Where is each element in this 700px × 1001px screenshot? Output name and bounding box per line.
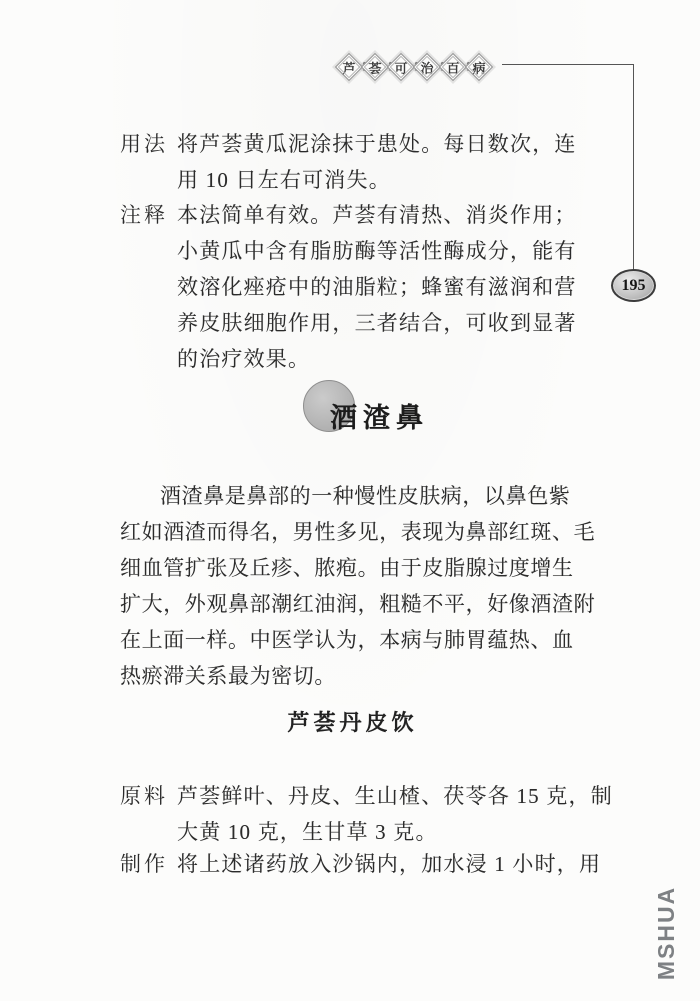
running-head-char: 可 (392, 58, 410, 76)
intro-line: 细血管扩张及丘疹、脓疱。由于皮脂腺过度增生 (120, 550, 592, 586)
page-number-line (633, 64, 634, 270)
note-section: 注释 本法简单有效。芦荟有清热、消炎作用； 小黄瓜中含有脂肪酶等活性酶成分，能有… (120, 197, 592, 377)
usage-section: 用法 将芦荟黄瓜泥涂抹于患处。每日数次，连 用 10 日左右可消失。 (120, 126, 592, 198)
note-label: 注释 (120, 197, 168, 233)
ingredients-line: 芦荟鲜叶、丹皮、生山楂、茯苓各 15 克，制 (177, 778, 592, 814)
note-line: 小黄瓜中含有脂肪酶等活性酶成分，能有 (177, 233, 592, 269)
usage-label: 用法 (120, 126, 168, 162)
preparation-label: 制作 (120, 846, 168, 882)
running-head-char: 芦 (340, 58, 358, 76)
running-head: 芦 荟 可 治 百 病 (339, 53, 499, 81)
intro-line: 红如酒渣而得名，男性多见，表现为鼻部红斑、毛 (120, 514, 592, 550)
diamond-ornament: 治 (413, 53, 441, 81)
running-head-char: 治 (418, 58, 436, 76)
ingredients-section: 原料 芦荟鲜叶、丹皮、生山楂、茯苓各 15 克，制 大黄 10 克，生甘草 3 … (120, 778, 592, 850)
note-line: 本法简单有效。芦荟有清热、消炎作用； (177, 197, 592, 233)
intro-line: 酒渣鼻是鼻部的一种慢性皮肤病，以鼻色紫 (120, 478, 592, 514)
page-number-badge: 195 (611, 269, 656, 302)
preparation-line: 将上述诸药放入沙锅内，加水浸 1 小时，用 (177, 846, 592, 882)
intro-line: 在上面一样。中医学认为，本病与肺胃蕴热、血 (120, 622, 592, 658)
chapter-title: 酒渣鼻 (330, 396, 429, 435)
diamond-ornament: 可 (387, 53, 415, 81)
diamond-ornament: 百 (439, 53, 467, 81)
note-line: 的治疗效果。 (177, 341, 592, 377)
ingredients-line: 大黄 10 克，生甘草 3 克。 (177, 814, 592, 850)
running-head-char: 病 (470, 58, 488, 76)
note-line: 效溶化痤疮中的油脂粒；蜂蜜有滋润和营 (177, 269, 592, 305)
header-rule (502, 64, 633, 65)
watermark: MSHUA (653, 873, 679, 993)
diamond-ornament: 荟 (361, 53, 389, 81)
usage-line: 用 10 日左右可消失。 (177, 162, 592, 198)
recipe-title: 芦荟丹皮饮 (120, 705, 585, 741)
preparation-section: 制作 将上述诸药放入沙锅内，加水浸 1 小时，用 (120, 846, 592, 882)
intro-line: 热瘀滞关系最为密切。 (120, 658, 592, 694)
running-head-char: 荟 (366, 58, 384, 76)
diamond-ornament: 病 (465, 53, 493, 81)
ingredients-label: 原料 (120, 778, 168, 814)
page-number: 195 (622, 277, 646, 295)
intro-line: 扩大，外观鼻部潮红油润，粗糙不平，好像酒渣附 (120, 586, 592, 622)
note-line: 养皮肤细胞作用，三者结合，可收到显著 (177, 305, 592, 341)
running-head-char: 百 (444, 58, 462, 76)
diamond-ornament: 芦 (335, 53, 363, 81)
book-page: 芦 荟 可 治 百 病 195 用法 将芦荟黄瓜泥涂抹于患处。每日数次，连 用 … (0, 0, 700, 1001)
chapter-intro-paragraph: 酒渣鼻是鼻部的一种慢性皮肤病，以鼻色紫 红如酒渣而得名，男性多见，表现为鼻部红斑… (120, 478, 592, 694)
usage-line: 将芦荟黄瓜泥涂抹于患处。每日数次，连 (177, 126, 592, 162)
